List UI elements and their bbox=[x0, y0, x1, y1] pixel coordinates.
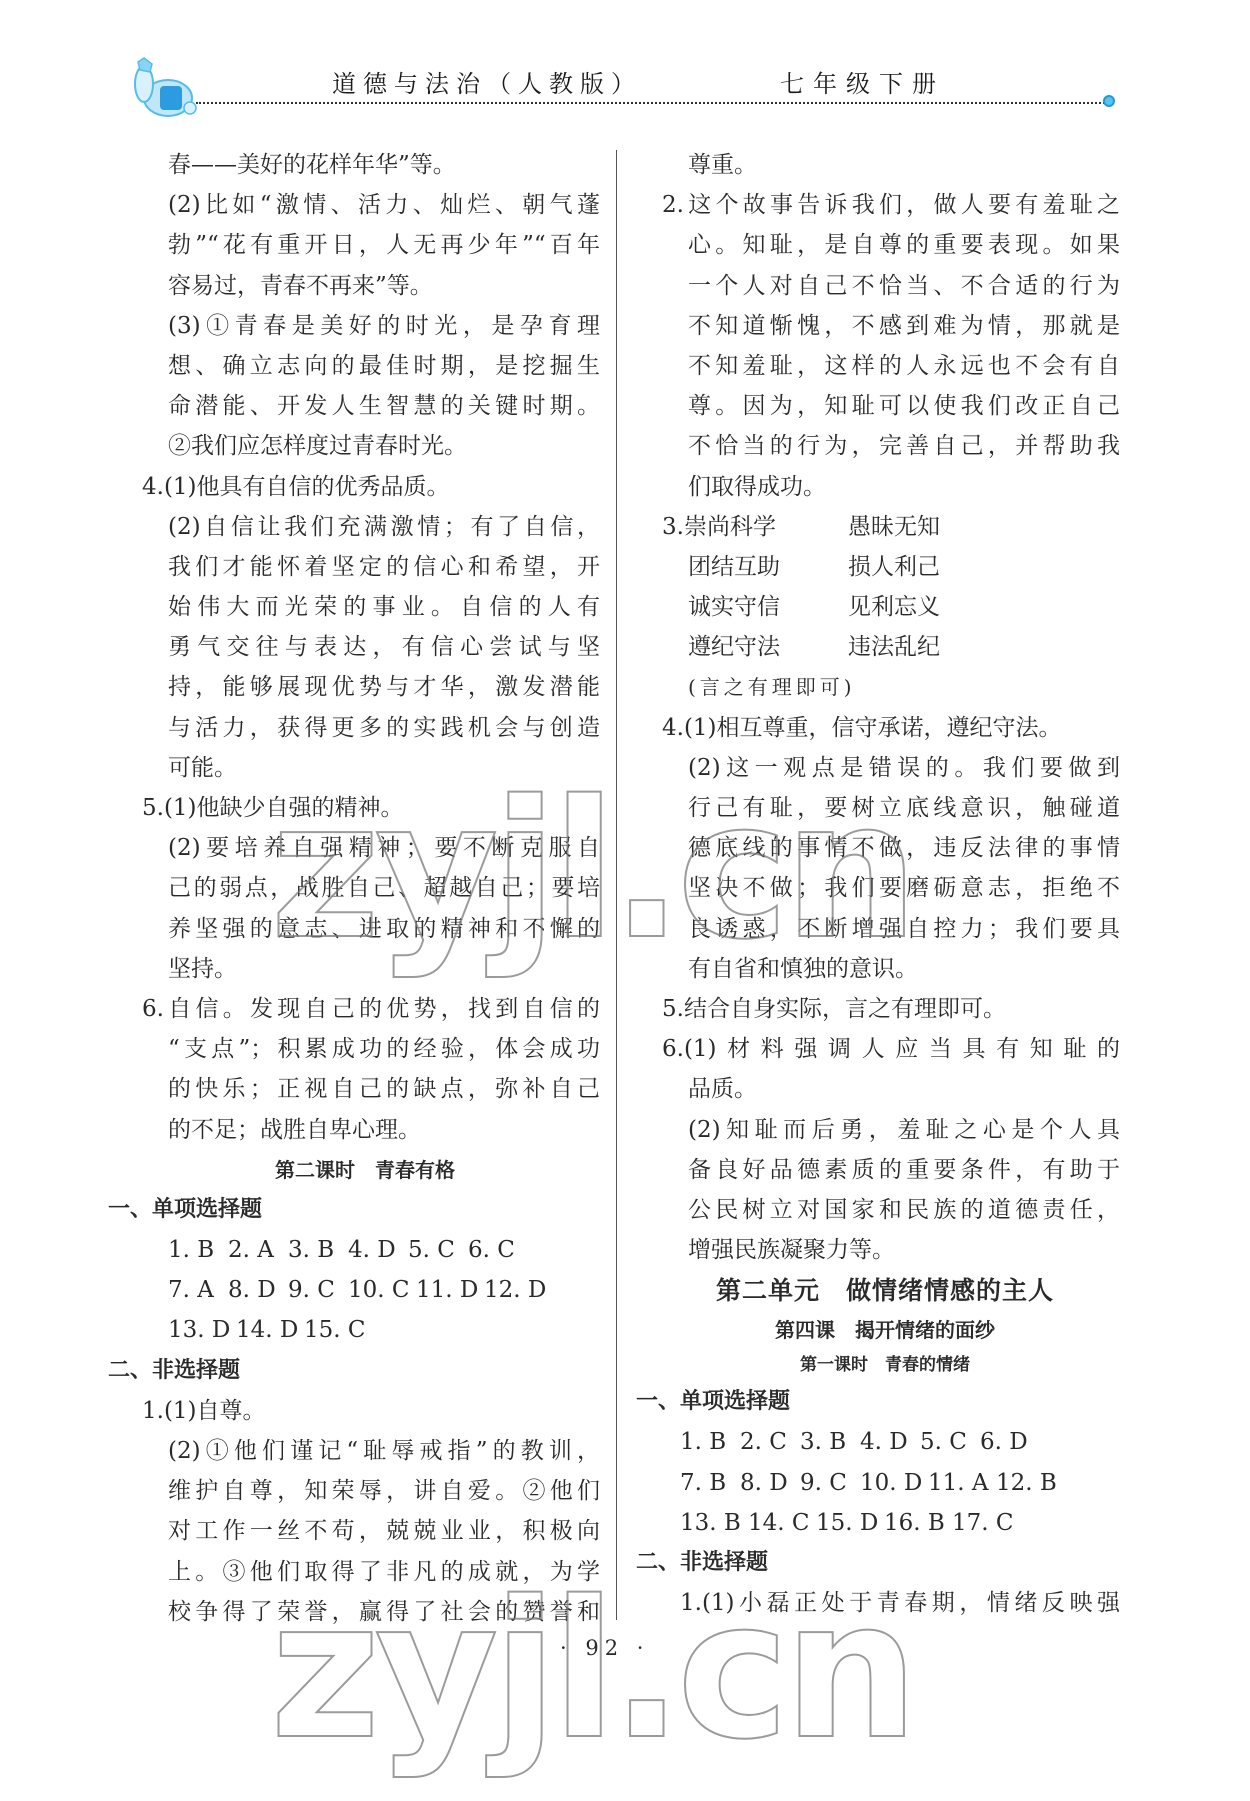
term: 愚昧无知 bbox=[822, 507, 940, 547]
question-2: 2.这个故事告诉我们，做人要有羞耻之 bbox=[650, 185, 1120, 225]
text-line: 勇气交往与表达，有信心尝试与坚 bbox=[130, 627, 600, 667]
term-pair: 遵纪守法 违法乱纪 bbox=[650, 627, 1120, 667]
answer-row: 7. B 8. D 9. C 10. D 11. A 12. B bbox=[650, 1463, 1120, 1503]
answer: 5. C bbox=[920, 1422, 980, 1462]
term: 违法乱纪 bbox=[848, 627, 940, 667]
answer: 6. C bbox=[468, 1230, 528, 1270]
text-line: (2)自信让我们充满激情；有了自信， bbox=[130, 507, 600, 547]
text-line: 们取得成功。 bbox=[650, 467, 1120, 507]
question-1: 1.(1)自尊。 bbox=[130, 1391, 600, 1431]
book-title: 道德与法治（人教版） bbox=[332, 64, 642, 99]
answer: 8. D bbox=[740, 1463, 800, 1503]
answer-row: 1. B 2. C 3. B 4. D 5. C 6. D bbox=[650, 1422, 1120, 1462]
term: 见利忘义 bbox=[848, 587, 940, 627]
answer: 7. A bbox=[168, 1270, 228, 1310]
text-line: 备良好品德素质的重要条件，有助于 bbox=[650, 1150, 1120, 1190]
answer: 7. B bbox=[680, 1463, 740, 1503]
page-number: · 92 · bbox=[560, 1636, 649, 1660]
text-line: 行己有耻，要树立底线意识，触碰道 bbox=[650, 788, 1120, 828]
term: 团结互助 bbox=[688, 547, 848, 587]
answer-row: 7. A 8. D 9. C 10. C 11. D 12. D bbox=[130, 1270, 600, 1310]
note: (言之有理即可) bbox=[650, 667, 1120, 707]
question-1: 1.(1)小磊正处于青春期，情绪反映强 bbox=[650, 1583, 1120, 1623]
text-line: 维护自尊，知荣辱，讲自爱。②他们 bbox=[130, 1471, 600, 1511]
question-5: 5.结合自身实际，言之有理即可。 bbox=[650, 989, 1120, 1029]
answer: 14. C bbox=[748, 1503, 816, 1543]
text-line: 不恰当的行为，完善自己，并帮助我 bbox=[650, 426, 1120, 466]
answer-row: 13. B 14. C 15. D 16. B 17. C bbox=[650, 1503, 1120, 1543]
text-line: 品质。 bbox=[650, 1069, 1120, 1109]
section-title-mc: 一、单项选择题 bbox=[108, 1190, 600, 1230]
term: 诚实守信 bbox=[688, 587, 848, 627]
text-line: 不知道惭愧，不感到难为情，那就是 bbox=[650, 306, 1120, 346]
lesson-heading: 第四课 揭开情绪的面纱 bbox=[650, 1312, 1120, 1348]
answer: 9. C bbox=[288, 1270, 348, 1310]
answer: 10. C bbox=[348, 1270, 416, 1310]
answer: 14. D bbox=[236, 1310, 304, 1350]
answer: 11. A bbox=[928, 1463, 996, 1503]
text-line: 春——美好的花样年华”等。 bbox=[130, 145, 600, 185]
right-column: 尊重。 2.这个故事告诉我们，做人要有羞耻之 心。知耻，是自尊的重要表现。如果 … bbox=[650, 145, 1120, 1623]
answer: 1. B bbox=[680, 1422, 740, 1462]
answer: 13. B bbox=[680, 1503, 748, 1543]
text-line: 尊重。 bbox=[650, 145, 1120, 185]
text-line: ②我们应怎样度过青春时光。 bbox=[130, 426, 600, 466]
text-line: “支点”；积累成功的经验，体会成功 bbox=[130, 1029, 600, 1069]
answer: 12. B bbox=[996, 1463, 1064, 1503]
answer-row: 13. D 14. D 15. C bbox=[130, 1310, 600, 1350]
text-line: (2)①他们谨记“耻辱戒指”的教训， bbox=[130, 1431, 600, 1471]
question-4: 4.(1)他具有自信的优秀品质。 bbox=[130, 467, 600, 507]
text-line: 勃”“花有重开日，人无再少年”“百年 bbox=[130, 225, 600, 265]
text-line: 己的弱点，战胜自己、超越自己；要培 bbox=[130, 868, 600, 908]
left-column: 春——美好的花样年华”等。 (2)比如“激情、活力、灿烂、朝气蓬 勃”“花有重开… bbox=[130, 145, 600, 1632]
text-line: (2)要培养自强精神；要不断克服自 bbox=[130, 828, 600, 868]
text-line: 养坚强的意志、进取的精神和不懈的 bbox=[130, 909, 600, 949]
answer: 10. D bbox=[860, 1463, 928, 1503]
text-line: 一个人对自己不恰当、不合适的行为 bbox=[650, 266, 1120, 306]
text-line: 想、确立志向的最佳时期，是挖掘生 bbox=[130, 346, 600, 386]
answer: 3. B bbox=[800, 1422, 860, 1462]
question-6: 6.(1)材料强调人应当具有知耻的 bbox=[650, 1029, 1120, 1069]
answer: 2. A bbox=[228, 1230, 288, 1270]
answer: 4. D bbox=[348, 1230, 408, 1270]
section-title-non-mc: 二、非选择题 bbox=[636, 1543, 1120, 1583]
answer: 15. C bbox=[304, 1310, 372, 1350]
answer-row: 1. B 2. A 3. B 4. D 5. C 6. C bbox=[130, 1230, 600, 1270]
answer: 13. D bbox=[168, 1310, 236, 1350]
text-line: 上。③他们取得了非凡的成就，为学 bbox=[130, 1552, 600, 1592]
term-pair: 3.崇尚科学 愚昧无知 bbox=[650, 507, 1120, 547]
text-line: 对工作一丝不苟，兢兢业业，积极向 bbox=[130, 1511, 600, 1551]
text-line: 的不足；战胜自卑心理。 bbox=[130, 1110, 600, 1150]
text-line: 德底线的事情不做，违反法律的事情 bbox=[650, 828, 1120, 868]
term: 损人利己 bbox=[848, 547, 940, 587]
section-title-non-mc: 二、非选择题 bbox=[108, 1351, 600, 1391]
text-line: 与活力，获得更多的实践机会与创造 bbox=[130, 708, 600, 748]
question-6: 6.自信。发现自己的优势，找到自信的 bbox=[130, 989, 600, 1029]
text-line: (2)知耻而后勇，羞耻之心是个人具 bbox=[650, 1110, 1120, 1150]
answer: 4. D bbox=[860, 1422, 920, 1462]
answer: 11. D bbox=[416, 1270, 484, 1310]
text-line: (2)这一观点是错误的。我们要做到 bbox=[650, 748, 1120, 788]
text-line: 容易过，青春不再来”等。 bbox=[130, 266, 600, 306]
answer: 16. B bbox=[884, 1503, 952, 1543]
header-dot-icon bbox=[1103, 95, 1115, 107]
question-number: 3. bbox=[662, 514, 684, 540]
text-line: 不知羞耻，这样的人永远也不会有自 bbox=[650, 346, 1120, 386]
text-line: 坚决不做；我们要磨砺意志，拒绝不 bbox=[650, 868, 1120, 908]
text-line: 的快乐；正视自己的缺点，弥补自己 bbox=[130, 1069, 600, 1109]
term-pair: 团结互助 损人利己 bbox=[650, 547, 1120, 587]
text-line: 坚持。 bbox=[130, 949, 600, 989]
answer: 9. C bbox=[800, 1463, 860, 1503]
term-pair: 诚实守信 见利忘义 bbox=[650, 587, 1120, 627]
text-line: 始伟大而光荣的事业。自信的人有 bbox=[130, 587, 600, 627]
answer: 6. D bbox=[980, 1422, 1040, 1462]
page-number-value: 92 bbox=[585, 1636, 624, 1660]
grade-label: 七年级下册 bbox=[780, 64, 945, 99]
answer: 3. B bbox=[288, 1230, 348, 1270]
text-line: 公民树立对国家和民族的道德责任， bbox=[650, 1190, 1120, 1230]
text-line: 持，能够展现优势与才华，激发潜能 bbox=[130, 667, 600, 707]
answer: 12. D bbox=[484, 1270, 552, 1310]
answer: 17. C bbox=[952, 1503, 1020, 1543]
term: 遵纪守法 bbox=[688, 627, 848, 667]
answer: 8. D bbox=[228, 1270, 288, 1310]
header-rule bbox=[196, 102, 1108, 104]
page-header: 道德与法治（人教版） 七年级下册 bbox=[100, 30, 1120, 120]
term: 崇尚科学 bbox=[684, 514, 776, 540]
question-4: 4.(1)相互尊重，信守承诺，遵纪守法。 bbox=[650, 708, 1120, 748]
mascot-icon bbox=[130, 50, 200, 120]
text-line: 尊。因为，知耻可以使我们改正自己 bbox=[650, 386, 1120, 426]
text-line: 心。知耻，是自尊的重要表现。如果 bbox=[650, 225, 1120, 265]
answer: 5. C bbox=[408, 1230, 468, 1270]
text-line: 校争得了荣誉，赢得了社会的赞誉和 bbox=[130, 1592, 600, 1632]
answer: 1. B bbox=[168, 1230, 228, 1270]
text-line: 命潜能、开发人生智慧的关键时期。 bbox=[130, 386, 600, 426]
section-title-mc: 一、单项选择题 bbox=[636, 1382, 1120, 1422]
answer: 15. D bbox=[816, 1503, 884, 1543]
q3-pair-left: 3.崇尚科学 bbox=[662, 507, 822, 547]
text-line: 有自省和慎独的意识。 bbox=[650, 949, 1120, 989]
question-5: 5.(1)他缺少自强的精神。 bbox=[130, 788, 600, 828]
text-line: 增强民族凝聚力等。 bbox=[650, 1230, 1120, 1270]
text-line: 良诱惑，不断增强自控力；我们要具 bbox=[650, 909, 1120, 949]
text-line: 可能。 bbox=[130, 748, 600, 788]
unit-heading: 第二单元 做情绪情感的主人 bbox=[650, 1270, 1120, 1312]
period-heading: 第一课时 青春的情绪 bbox=[650, 1348, 1120, 1382]
answer: 2. C bbox=[740, 1422, 800, 1462]
text-line: (2)比如“激情、活力、灿烂、朝气蓬 bbox=[130, 185, 600, 225]
text-line: 我们才能怀着坚定的信心和希望，开 bbox=[130, 547, 600, 587]
column-divider bbox=[616, 150, 617, 1620]
lesson-heading: 第二课时 青春有格 bbox=[130, 1150, 600, 1190]
text-line: (3)①青春是美好的时光，是孕育理 bbox=[130, 306, 600, 346]
